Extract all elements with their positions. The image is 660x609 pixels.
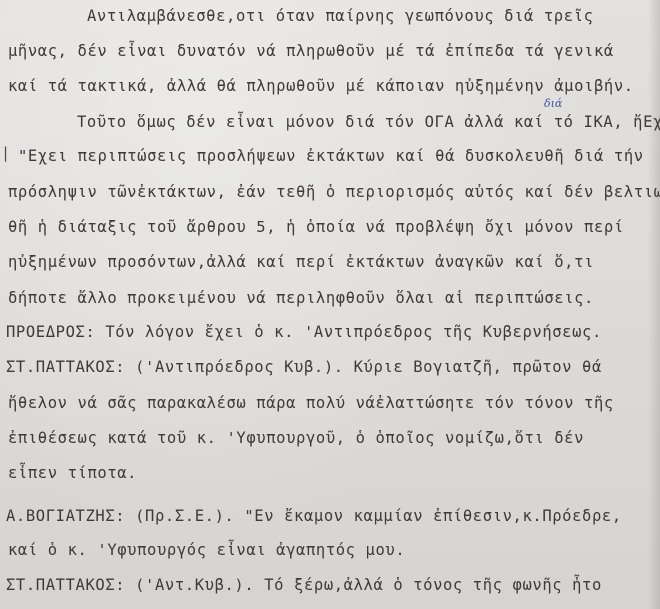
text-line-3: καί τά τακτικά, ἀλλά θά πληρωθοῦν μέ κάπ… <box>8 76 634 96</box>
text-line-6: πρόσληψιν τῶνἐκτάκτων, ἐάν τεθῆ ὁ περιορ… <box>8 182 660 202</box>
speaker-line-pattakos-1: ΣΤ.ΠΑΤΤΑΚΟΣ: ('Αντιπρόεδρος Κυβ.). Κύριε… <box>6 357 602 377</box>
page-edge-shadow <box>648 0 660 609</box>
text-line-12: ἤθελον νά σᾶς παρακαλέσω πάρα πολύ νάἐλα… <box>8 393 614 413</box>
typewritten-document-page: Αντιλαμβάνεσθε,οτι όταν παίρνης γεωπόνου… <box>0 0 660 609</box>
text-line-4: Τοῦτο ὅμως δέν εἶναι μόνον διά τόν ΟΓΑ ἀ… <box>77 112 660 132</box>
text-line-5: "Εχει περιπτώσεις προσλήψεων ἐκτάκτων κα… <box>18 146 644 166</box>
text-line-1: Αντιλαμβάνεσθε,οτι όταν παίρνης γεωπόνου… <box>87 6 594 26</box>
text-line-9: δήποτε ἄλλο προκειμένου νά περιληφθοῦν ὅ… <box>8 288 594 308</box>
text-line-14: εἶπεν τίποτα. <box>8 463 137 483</box>
text-line-7: θῆ ἡ διάταξις τοῦ ἄρθρου 5, ἡ ὁποία νά π… <box>8 217 624 237</box>
margin-mark: | <box>3 144 8 162</box>
speaker-line-vogiatzis: Α.ΒΟΓΙΑΤΖΗΣ: (Πρ.Σ.Ε.). "Εν ἔκαμον καμμί… <box>6 506 622 526</box>
handwritten-insertion: διά <box>544 97 562 110</box>
text-line-2: μῆνας, δέν εἶναι δυνατόν νά πληρωθοῦν μέ… <box>8 41 614 61</box>
speaker-line-president: ΠΡΟΕΔΡΟΣ: Τόν λόγον ἔχει ὁ κ. 'Αντιπρόεδ… <box>6 322 602 342</box>
text-line-13: ἐπιθέσεως κατά τοῦ κ. 'Υφυπουργοῦ, ὁ ὁπο… <box>8 428 584 448</box>
text-line-16: καί ὁ κ. 'Υφυπουργός εἶναι ἀγαπητός μου. <box>8 540 405 560</box>
speaker-line-pattakos-2: ΣΤ.ΠΑΤΤΑΚΟΣ: ('Αντ.Κυβ.). Τό ξέρω,ἀλλά ὁ… <box>6 575 602 595</box>
text-line-8: ηὐξημένων προσόντων,ἀλλά καί περί ἐκτάκτ… <box>8 252 594 272</box>
